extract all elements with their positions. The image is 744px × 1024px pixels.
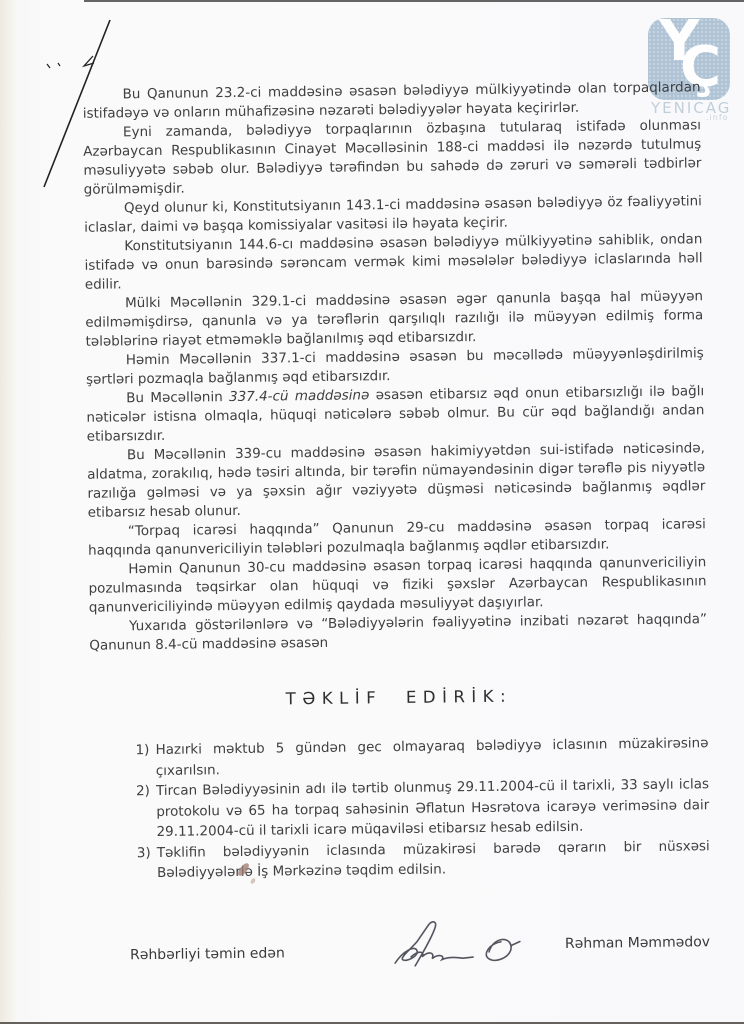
signoff-label: Rəhbərliyi təmin edən [130,944,285,965]
paragraph: Eyni zamanda, bələdiyyə torpaqlarının öz… [83,116,702,200]
handwritten-signature [389,913,530,979]
proposal-list-item: 2)Tircan Bələdiyyəsinin adı ilə tərtib o… [136,774,710,842]
proposal-list: 1)Hazırki məktub 5 gündən gec olmayaraq … [135,733,710,883]
list-item-text: Hazırki məktub 5 gündən gec olmayaraq bə… [155,733,708,781]
paragraph: Bu Məcəllənin 337.4-cü maddəsinə əsasən … [86,382,705,447]
list-item-number: 2) [136,781,156,802]
paragraph: Yuxarıda göstərilənlərə və “Bələdiyyələr… [89,610,707,656]
scan-edge-top [84,0,744,2]
paragraph: Bu Məcəllənin 339-cu maddəsinə əsasən ha… [87,439,706,523]
signoff-name: Rəhman Məmmədov [565,933,710,954]
proposal-list-item: 1)Hazırki məktub 5 gündən gec olmayaraq … [135,733,708,781]
proposal-heading: TƏKLİF EDİRİK: [90,684,708,711]
list-item-number: 1) [135,740,155,761]
proposal-list-item: 3)Təklifin bələdiyyənin iclasında müzaki… [137,836,710,884]
list-item-number: 3) [137,842,157,863]
document-body: Bu Qanunun 23.2-ci maddəsinə əsasən bələ… [82,78,711,1002]
document-paragraphs: Bu Qanunun 23.2-ci maddəsinə əsasən bələ… [82,78,707,656]
signoff-section: Rəhbərliyi təmin edən Rəhman Məmmədov [93,925,712,1003]
list-item-text: Tircan Bələdiyyəsinin adı ilə tərtib olu… [156,774,710,842]
paragraph: Mülki Məcəllənin 329.1-ci maddəsinə əsas… [85,287,704,352]
paragraph: Həmin Qanunun 30-cu maddəsinə əsasən tor… [88,553,707,618]
paragraph: Konstitutsiyanın 144.6-cı maddəsinə əsas… [84,230,703,295]
